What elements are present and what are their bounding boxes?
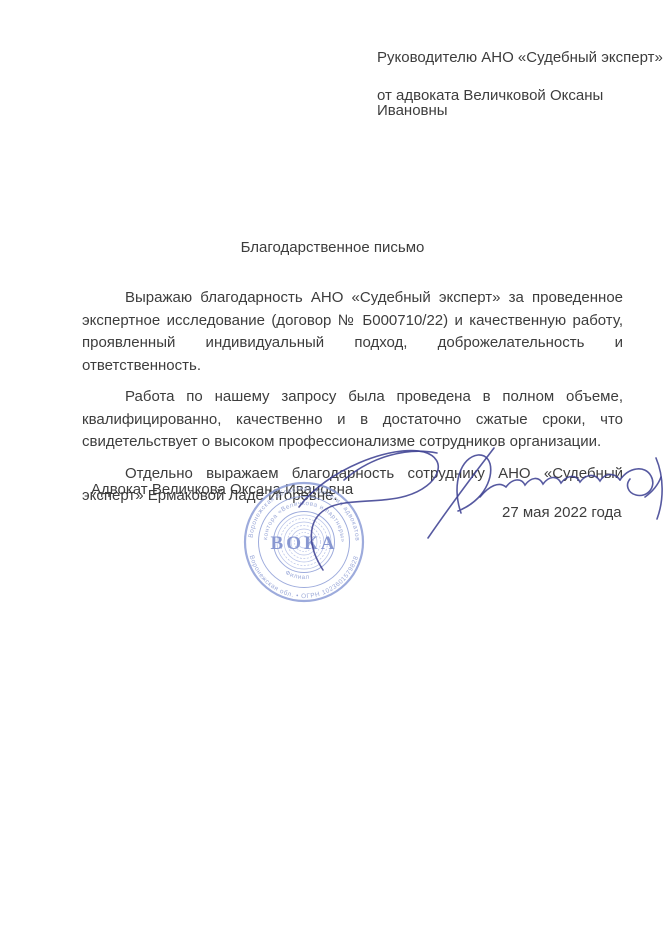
header-recipient: Руководителю АНО «Судебный эксперт» xyxy=(377,50,665,65)
stamp-inner-bottom-text: Филиал xyxy=(284,569,310,581)
date-line: 27 мая 2022 года xyxy=(502,504,622,521)
body-paragraph: Выражаю благодарность АНО «Судебный эксп… xyxy=(82,287,623,377)
header-sender: от адвоката Величковой Оксаны Ивановны xyxy=(377,88,665,118)
svg-text:Филиал: Филиал xyxy=(284,569,310,581)
letter-header: Руководителю АНО «Судебный эксперт» от а… xyxy=(377,50,665,141)
page-title: Благодарственное письмо xyxy=(0,239,665,256)
letter-page: Руководителю АНО «Судебный эксперт» от а… xyxy=(0,0,665,939)
body-paragraph: Работа по нашему запросу была проведена … xyxy=(82,386,623,454)
stamp-center-text: ВОКА xyxy=(271,533,338,554)
svg-text:Воронежская обл. • ОГРН 1023: Воронежская обл. • ОГРН 1023601579828 xyxy=(248,554,360,600)
signatory-line: Адвокат Величкова Оксана Ивановна xyxy=(91,481,353,498)
stamp-outer-bottom-text: Воронежская обл. • ОГРН 1023601579828 xyxy=(248,554,360,600)
